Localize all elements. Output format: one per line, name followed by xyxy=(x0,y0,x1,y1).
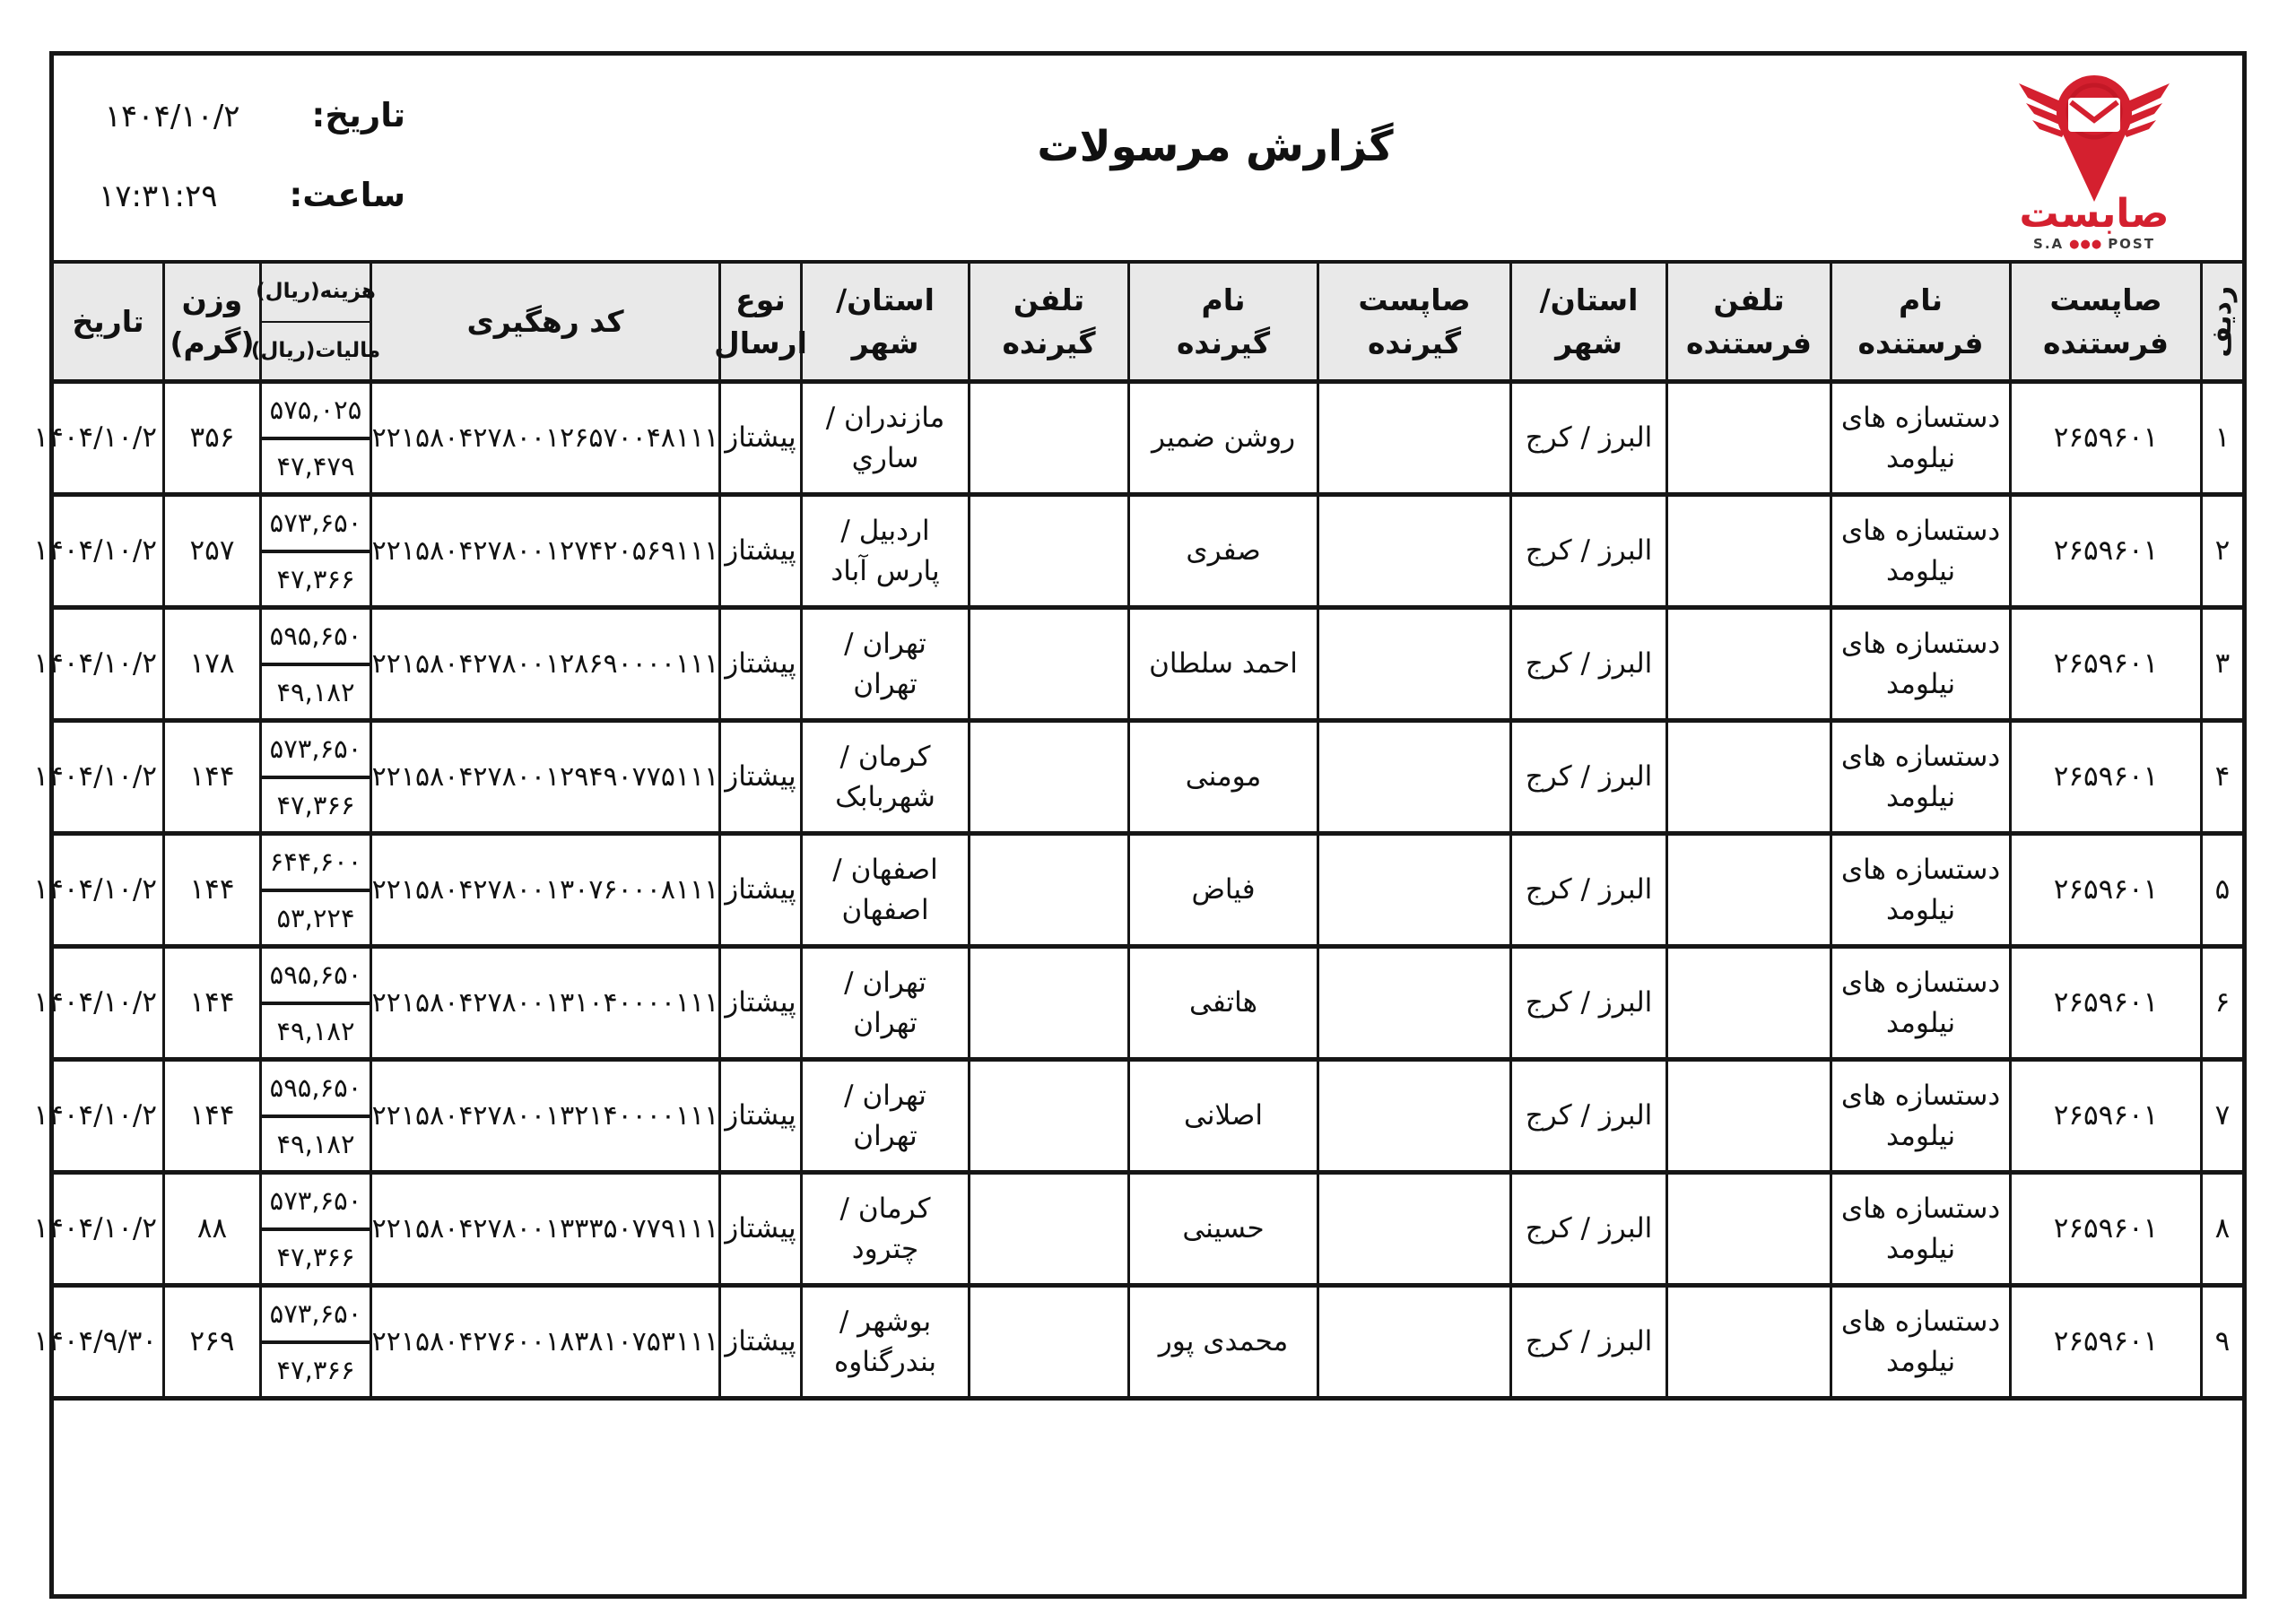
cell-receiver-name: محمدی پور xyxy=(1127,1288,1317,1396)
cell-sender-city: البرز / کرج xyxy=(1509,610,1665,718)
cell-receiver-city: تهران / تهران xyxy=(800,1062,968,1170)
cell-receiver-city: اصفهان / اصفهان xyxy=(800,836,968,944)
cell-tax-value: ۴۷,۳۶۶ xyxy=(262,553,370,606)
cell-sender-city: البرز / کرج xyxy=(1509,836,1665,944)
logo-sub-post: POST xyxy=(2108,236,2155,252)
cell-receiver-sapost xyxy=(1317,836,1509,944)
cell-date: ۱۴۰۴/۱۰/۲ xyxy=(29,836,162,944)
cell-sender-sapost: ۲۶۵۹۶۰۱ xyxy=(2009,1175,2200,1283)
cell-receiver-city: کرمان / چترود xyxy=(800,1175,968,1283)
time-row: ساعت: ۱۷:۳۱:۲۹ xyxy=(54,176,405,214)
cell-row-no: ۶ xyxy=(2200,949,2242,1057)
cell-row-no: ۳ xyxy=(2200,610,2242,718)
cell-cost: ۶۴۴,۶۰۰ ۵۳,۲۲۴ xyxy=(259,836,370,944)
cell-date: ۱۴۰۴/۱۰/۲ xyxy=(29,949,162,1057)
cell-tracking-code: ۲۲۱۵۸۰۴۲۷۸۰۰۱۲۷۴۲۰۵۶۹۱۱۱ xyxy=(370,497,718,605)
cell-receiver-name: اصلانی xyxy=(1127,1062,1317,1170)
cell-receiver-name: احمد سلطان xyxy=(1127,610,1317,718)
cell-send-type: پیشتاز xyxy=(718,384,800,492)
cell-tax-value: ۴۷,۳۶۶ xyxy=(262,779,370,832)
cell-cost-value: ۵۹۵,۶۵۰ xyxy=(262,949,370,1005)
cell-receiver-city: مازندران / ساري xyxy=(800,384,968,492)
cell-tracking-code: ۲۲۱۵۸۰۴۲۷۸۰۰۱۳۱۰۴۰۰۰۰۱۱۱ xyxy=(370,949,718,1057)
cell-receiver-phone xyxy=(968,497,1127,605)
cell-sender-city: البرز / کرج xyxy=(1509,1288,1665,1396)
header-weight: وزن (گرم) xyxy=(162,264,259,379)
cell-receiver-name: روشن ضمیر xyxy=(1127,384,1317,492)
cell-cost-value: ۵۷۳,۶۵۰ xyxy=(262,723,370,779)
cell-send-type: پیشتاز xyxy=(718,836,800,944)
cell-row-no: ۲ xyxy=(2200,497,2242,605)
header-sender-city: استان/ شهر xyxy=(1509,264,1665,379)
cell-receiver-sapost xyxy=(1317,723,1509,831)
cell-sender-name: دستسازه های نیلومد xyxy=(1830,384,2009,492)
cell-receiver-phone xyxy=(968,610,1127,718)
cell-tax-value: ۴۷,۳۶۶ xyxy=(262,1344,370,1397)
cell-receiver-sapost xyxy=(1317,1288,1509,1396)
cell-send-type: پیشتاز xyxy=(718,723,800,831)
header-date: تاریخ xyxy=(54,264,162,379)
header-tax-rial: مالیات(ریال) xyxy=(262,323,370,380)
cell-sender-sapost: ۲۶۵۹۶۰۱ xyxy=(2009,497,2200,605)
cell-tracking-code: ۲۲۱۵۸۰۴۲۷۸۰۰۱۳۲۱۴۰۰۰۰۱۱۱ xyxy=(370,1062,718,1170)
cell-cost-value: ۵۹۵,۶۵۰ xyxy=(262,1062,370,1118)
cell-weight: ۳۵۶ xyxy=(162,384,259,492)
cell-tax-value: ۴۹,۱۸۲ xyxy=(262,1005,370,1058)
cell-receiver-name: فیاض xyxy=(1127,836,1317,944)
cell-weight: ۲۵۷ xyxy=(162,497,259,605)
date-row: تاریخ: ۱۴۰۴/۱۰/۲ xyxy=(54,96,405,134)
cell-tax-value: ۴۹,۱۸۲ xyxy=(262,666,370,719)
cell-tracking-code: ۲۲۱۵۸۰۴۲۷۸۰۰۱۳۳۳۵۰۷۷۹۱۱۱ xyxy=(370,1175,718,1283)
cell-receiver-name: هاتفی xyxy=(1127,949,1317,1057)
cell-tax-value: ۵۳,۲۲۴ xyxy=(262,892,370,945)
cell-send-type: پیشتاز xyxy=(718,610,800,718)
header-cost-rial: هزینه(ریال) xyxy=(262,264,370,323)
cell-sender-phone xyxy=(1665,949,1830,1057)
cell-date: ۱۴۰۴/۱۰/۲ xyxy=(29,610,162,718)
cell-send-type: پیشتاز xyxy=(718,1062,800,1170)
cell-receiver-sapost xyxy=(1317,610,1509,718)
cell-send-type: پیشتاز xyxy=(718,497,800,605)
cell-sender-name: دستسازه های نیلومد xyxy=(1830,497,2009,605)
cell-receiver-phone xyxy=(968,384,1127,492)
cell-sender-name: دستسازه های نیلومد xyxy=(1830,836,2009,944)
header-receiver-sapost: صاپست گیرنده xyxy=(1317,264,1509,379)
cell-sender-phone xyxy=(1665,836,1830,944)
cell-sender-sapost: ۲۶۵۹۶۰۱ xyxy=(2009,949,2200,1057)
cell-sender-sapost: ۲۶۵۹۶۰۱ xyxy=(2009,610,2200,718)
cell-cost-value: ۵۷۵,۰۲۵ xyxy=(262,384,370,440)
header-receiver-city: استان/ شهر xyxy=(800,264,968,379)
cell-sender-city: البرز / کرج xyxy=(1509,497,1665,605)
cell-date: ۱۴۰۴/۱۰/۲ xyxy=(29,497,162,605)
cell-sender-sapost: ۲۶۵۹۶۰۱ xyxy=(2009,836,2200,944)
table-row: ۶ ۲۶۵۹۶۰۱ دستسازه های نیلومد البرز / کرج… xyxy=(54,949,2242,1062)
cell-tracking-code: ۲۲۱۵۸۰۴۲۷۸۰۰۱۲۶۵۷۰۰۴۸۱۱۱ xyxy=(370,384,718,492)
cell-sender-name: دستسازه های نیلومد xyxy=(1830,723,2009,831)
cell-row-no: ۱ xyxy=(2200,384,2242,492)
logo-dots-icon: ●●● xyxy=(2069,238,2102,251)
cell-cost: ۵۷۳,۶۵۰ ۴۷,۳۶۶ xyxy=(259,1175,370,1283)
cell-receiver-city: اردبیل / پارس آباد xyxy=(800,497,968,605)
table-row: ۸ ۲۶۵۹۶۰۱ دستسازه های نیلومد البرز / کرج… xyxy=(54,1175,2242,1288)
date-value: ۱۴۰۴/۱۰/۲ xyxy=(105,99,240,134)
cell-sender-sapost: ۲۶۵۹۶۰۱ xyxy=(2009,1062,2200,1170)
cell-tracking-code: ۲۲۱۵۸۰۴۲۷۸۰۰۱۲۸۶۹۰۰۰۰۱۱۱ xyxy=(370,610,718,718)
cell-weight: ۱۷۸ xyxy=(162,610,259,718)
outer-frame: صابست S.A ●●● POST گزارش مرسولات تاریخ: … xyxy=(49,51,2247,1599)
time-value: ۱۷:۳۱:۲۹ xyxy=(99,178,217,214)
cell-send-type: پیشتاز xyxy=(718,949,800,1057)
page-title: گزارش مرسولات xyxy=(484,122,1946,195)
cell-sender-city: البرز / کرج xyxy=(1509,384,1665,492)
cell-cost-value: ۵۷۳,۶۵۰ xyxy=(262,497,370,553)
logo-sub-sa: S.A xyxy=(2033,236,2064,252)
cell-receiver-sapost xyxy=(1317,384,1509,492)
cell-receiver-name: صفری xyxy=(1127,497,1317,605)
cell-receiver-phone xyxy=(968,836,1127,944)
cell-weight: ۱۴۴ xyxy=(162,1062,259,1170)
cell-receiver-city: بوشهر / بندرگناوه xyxy=(800,1288,968,1396)
cell-row-no: ۵ xyxy=(2200,836,2242,944)
header-sender-sapost: صاپست فرستنده xyxy=(2009,264,2200,379)
cell-weight: ۱۴۴ xyxy=(162,836,259,944)
cell-cost: ۵۷۳,۶۵۰ ۴۷,۳۶۶ xyxy=(259,1288,370,1396)
cell-date: ۱۴۰۴/۹/۳۰ xyxy=(29,1288,162,1396)
header-receiver-name: نام گیرنده xyxy=(1127,264,1317,379)
cell-tracking-code: ۲۲۱۵۸۰۴۲۷۸۰۰۱۳۰۷۶۰۰۰۸۱۱۱ xyxy=(370,836,718,944)
table-row: ۷ ۲۶۵۹۶۰۱ دستسازه های نیلومد البرز / کرج… xyxy=(54,1062,2242,1175)
cell-send-type: پیشتاز xyxy=(718,1175,800,1283)
cell-cost: ۵۷۵,۰۲۵ ۴۷,۴۷۹ xyxy=(259,384,370,492)
cell-tax-value: ۴۹,۱۸۲ xyxy=(262,1118,370,1171)
cell-receiver-city: کرمان / شهربابک xyxy=(800,723,968,831)
cell-receiver-name: مومنی xyxy=(1127,723,1317,831)
cell-sender-sapost: ۲۶۵۹۶۰۱ xyxy=(2009,723,2200,831)
table-row: ۵ ۲۶۵۹۶۰۱ دستسازه های نیلومد البرز / کرج… xyxy=(54,836,2242,949)
cell-sender-name: دستسازه های نیلومد xyxy=(1830,1288,2009,1396)
cell-cost-value: ۵۹۵,۶۵۰ xyxy=(262,610,370,666)
table-row: ۱ ۲۶۵۹۶۰۱ دستسازه های نیلومد البرز / کرج… xyxy=(54,384,2242,497)
cell-receiver-phone xyxy=(968,949,1127,1057)
cell-row-no: ۴ xyxy=(2200,723,2242,831)
table-row: ۴ ۲۶۵۹۶۰۱ دستسازه های نیلومد البرز / کرج… xyxy=(54,723,2242,836)
header-sender-phone: تلفن فرستنده xyxy=(1665,264,1830,379)
header-receiver-phone: تلفن گیرنده xyxy=(968,264,1127,379)
cell-sender-city: البرز / کرج xyxy=(1509,1175,1665,1283)
cell-weight: ۸۸ xyxy=(162,1175,259,1283)
cell-cost-value: ۶۴۴,۶۰۰ xyxy=(262,836,370,892)
header-cost: هزینه(ریال) مالیات(ریال) xyxy=(259,264,370,379)
report-page: صابست S.A ●●● POST گزارش مرسولات تاریخ: … xyxy=(0,0,2296,1622)
cell-cost-value: ۵۷۳,۶۵۰ xyxy=(262,1175,370,1231)
cell-tax-value: ۴۷,۴۷۹ xyxy=(262,440,370,493)
cell-receiver-name: حسینی xyxy=(1127,1175,1317,1283)
cell-sender-phone xyxy=(1665,1062,1830,1170)
cell-weight: ۱۴۴ xyxy=(162,723,259,831)
cell-receiver-phone xyxy=(968,1175,1127,1283)
cell-sender-phone xyxy=(1665,610,1830,718)
cell-weight: ۱۴۴ xyxy=(162,949,259,1057)
cell-sender-phone xyxy=(1665,384,1830,492)
cell-tracking-code: ۲۲۱۵۸۰۴۲۷۶۰۰۱۸۳۸۱۰۷۵۳۱۱۱ xyxy=(370,1288,718,1396)
cell-receiver-phone xyxy=(968,723,1127,831)
cell-sender-name: دستسازه های نیلومد xyxy=(1830,610,2009,718)
cell-receiver-phone xyxy=(968,1062,1127,1170)
cell-sender-phone xyxy=(1665,1175,1830,1283)
shipments-table: ردیف صاپست فرستنده نام فرستنده تلفن فرست… xyxy=(54,260,2242,1401)
cell-receiver-phone xyxy=(968,1288,1127,1396)
logo-wordmark: صابست xyxy=(2020,195,2170,234)
logo-subtitle: S.A ●●● POST xyxy=(2033,236,2155,252)
cell-tax-value: ۴۷,۳۶۶ xyxy=(262,1231,370,1284)
header-sender-name: نام فرستنده xyxy=(1830,264,2009,379)
sapost-logo: صابست S.A ●●● POST xyxy=(1946,64,2242,252)
cell-sender-city: البرز / کرج xyxy=(1509,723,1665,831)
cell-sender-city: البرز / کرج xyxy=(1509,949,1665,1057)
cell-receiver-city: تهران / تهران xyxy=(800,949,968,1057)
cell-date: ۱۴۰۴/۱۰/۲ xyxy=(29,1175,162,1283)
cell-receiver-sapost xyxy=(1317,497,1509,605)
cell-cost: ۵۷۳,۶۵۰ ۴۷,۳۶۶ xyxy=(259,497,370,605)
cell-send-type: پیشتاز xyxy=(718,1288,800,1396)
cell-weight: ۲۶۹ xyxy=(162,1288,259,1396)
report-header: صابست S.A ●●● POST گزارش مرسولات تاریخ: … xyxy=(54,56,2242,260)
header-tracking: کد رهگیری xyxy=(370,264,718,379)
cell-cost: ۵۹۵,۶۵۰ ۴۹,۱۸۲ xyxy=(259,610,370,718)
cell-sender-name: دستسازه های نیلومد xyxy=(1830,1175,2009,1283)
cell-receiver-sapost xyxy=(1317,1062,1509,1170)
cell-receiver-sapost xyxy=(1317,1175,1509,1283)
date-label: تاریخ: xyxy=(312,96,405,134)
cell-row-no: ۹ xyxy=(2200,1288,2242,1396)
cell-sender-phone xyxy=(1665,1288,1830,1396)
cell-cost: ۵۷۳,۶۵۰ ۴۷,۳۶۶ xyxy=(259,723,370,831)
cell-tracking-code: ۲۲۱۵۸۰۴۲۷۸۰۰۱۲۹۴۹۰۷۷۵۱۱۱ xyxy=(370,723,718,831)
cell-sender-name: دستسازه های نیلومد xyxy=(1830,1062,2009,1170)
cell-receiver-city: تهران / تهران xyxy=(800,610,968,718)
cell-date: ۱۴۰۴/۱۰/۲ xyxy=(29,384,162,492)
cell-sender-phone xyxy=(1665,723,1830,831)
table-header: ردیف صاپست فرستنده نام فرستنده تلفن فرست… xyxy=(54,264,2242,384)
cell-sender-name: دستسازه های نیلومد xyxy=(1830,949,2009,1057)
table-row: ۹ ۲۶۵۹۶۰۱ دستسازه های نیلومد البرز / کرج… xyxy=(54,1288,2242,1401)
cell-sender-phone xyxy=(1665,497,1830,605)
table-row: ۳ ۲۶۵۹۶۰۱ دستسازه های نیلومد البرز / کرج… xyxy=(54,610,2242,723)
cell-cost-value: ۵۷۳,۶۵۰ xyxy=(262,1288,370,1344)
cell-cost: ۵۹۵,۶۵۰ ۴۹,۱۸۲ xyxy=(259,1062,370,1170)
table-body: ۱ ۲۶۵۹۶۰۱ دستسازه های نیلومد البرز / کرج… xyxy=(54,384,2242,1401)
cell-sender-sapost: ۲۶۵۹۶۰۱ xyxy=(2009,1288,2200,1396)
header-send-type: نوع ارسال xyxy=(718,264,800,379)
cell-sender-sapost: ۲۶۵۹۶۰۱ xyxy=(2009,384,2200,492)
cell-date: ۱۴۰۴/۱۰/۲ xyxy=(29,1062,162,1170)
cell-date: ۱۴۰۴/۱۰/۲ xyxy=(29,723,162,831)
cell-sender-city: البرز / کرج xyxy=(1509,1062,1665,1170)
cell-receiver-sapost xyxy=(1317,949,1509,1057)
cell-cost: ۵۹۵,۶۵۰ ۴۹,۱۸۲ xyxy=(259,949,370,1057)
logo-pin-icon xyxy=(2015,71,2173,204)
cell-row-no: ۸ xyxy=(2200,1175,2242,1283)
table-row: ۲ ۲۶۵۹۶۰۱ دستسازه های نیلومد البرز / کرج… xyxy=(54,497,2242,610)
time-label: ساعت: xyxy=(289,176,405,214)
report-meta: تاریخ: ۱۴۰۴/۱۰/۲ ساعت: ۱۷:۳۱:۲۹ xyxy=(54,96,484,220)
header-row-no: ردیف xyxy=(2200,264,2242,379)
cell-row-no: ۷ xyxy=(2200,1062,2242,1170)
